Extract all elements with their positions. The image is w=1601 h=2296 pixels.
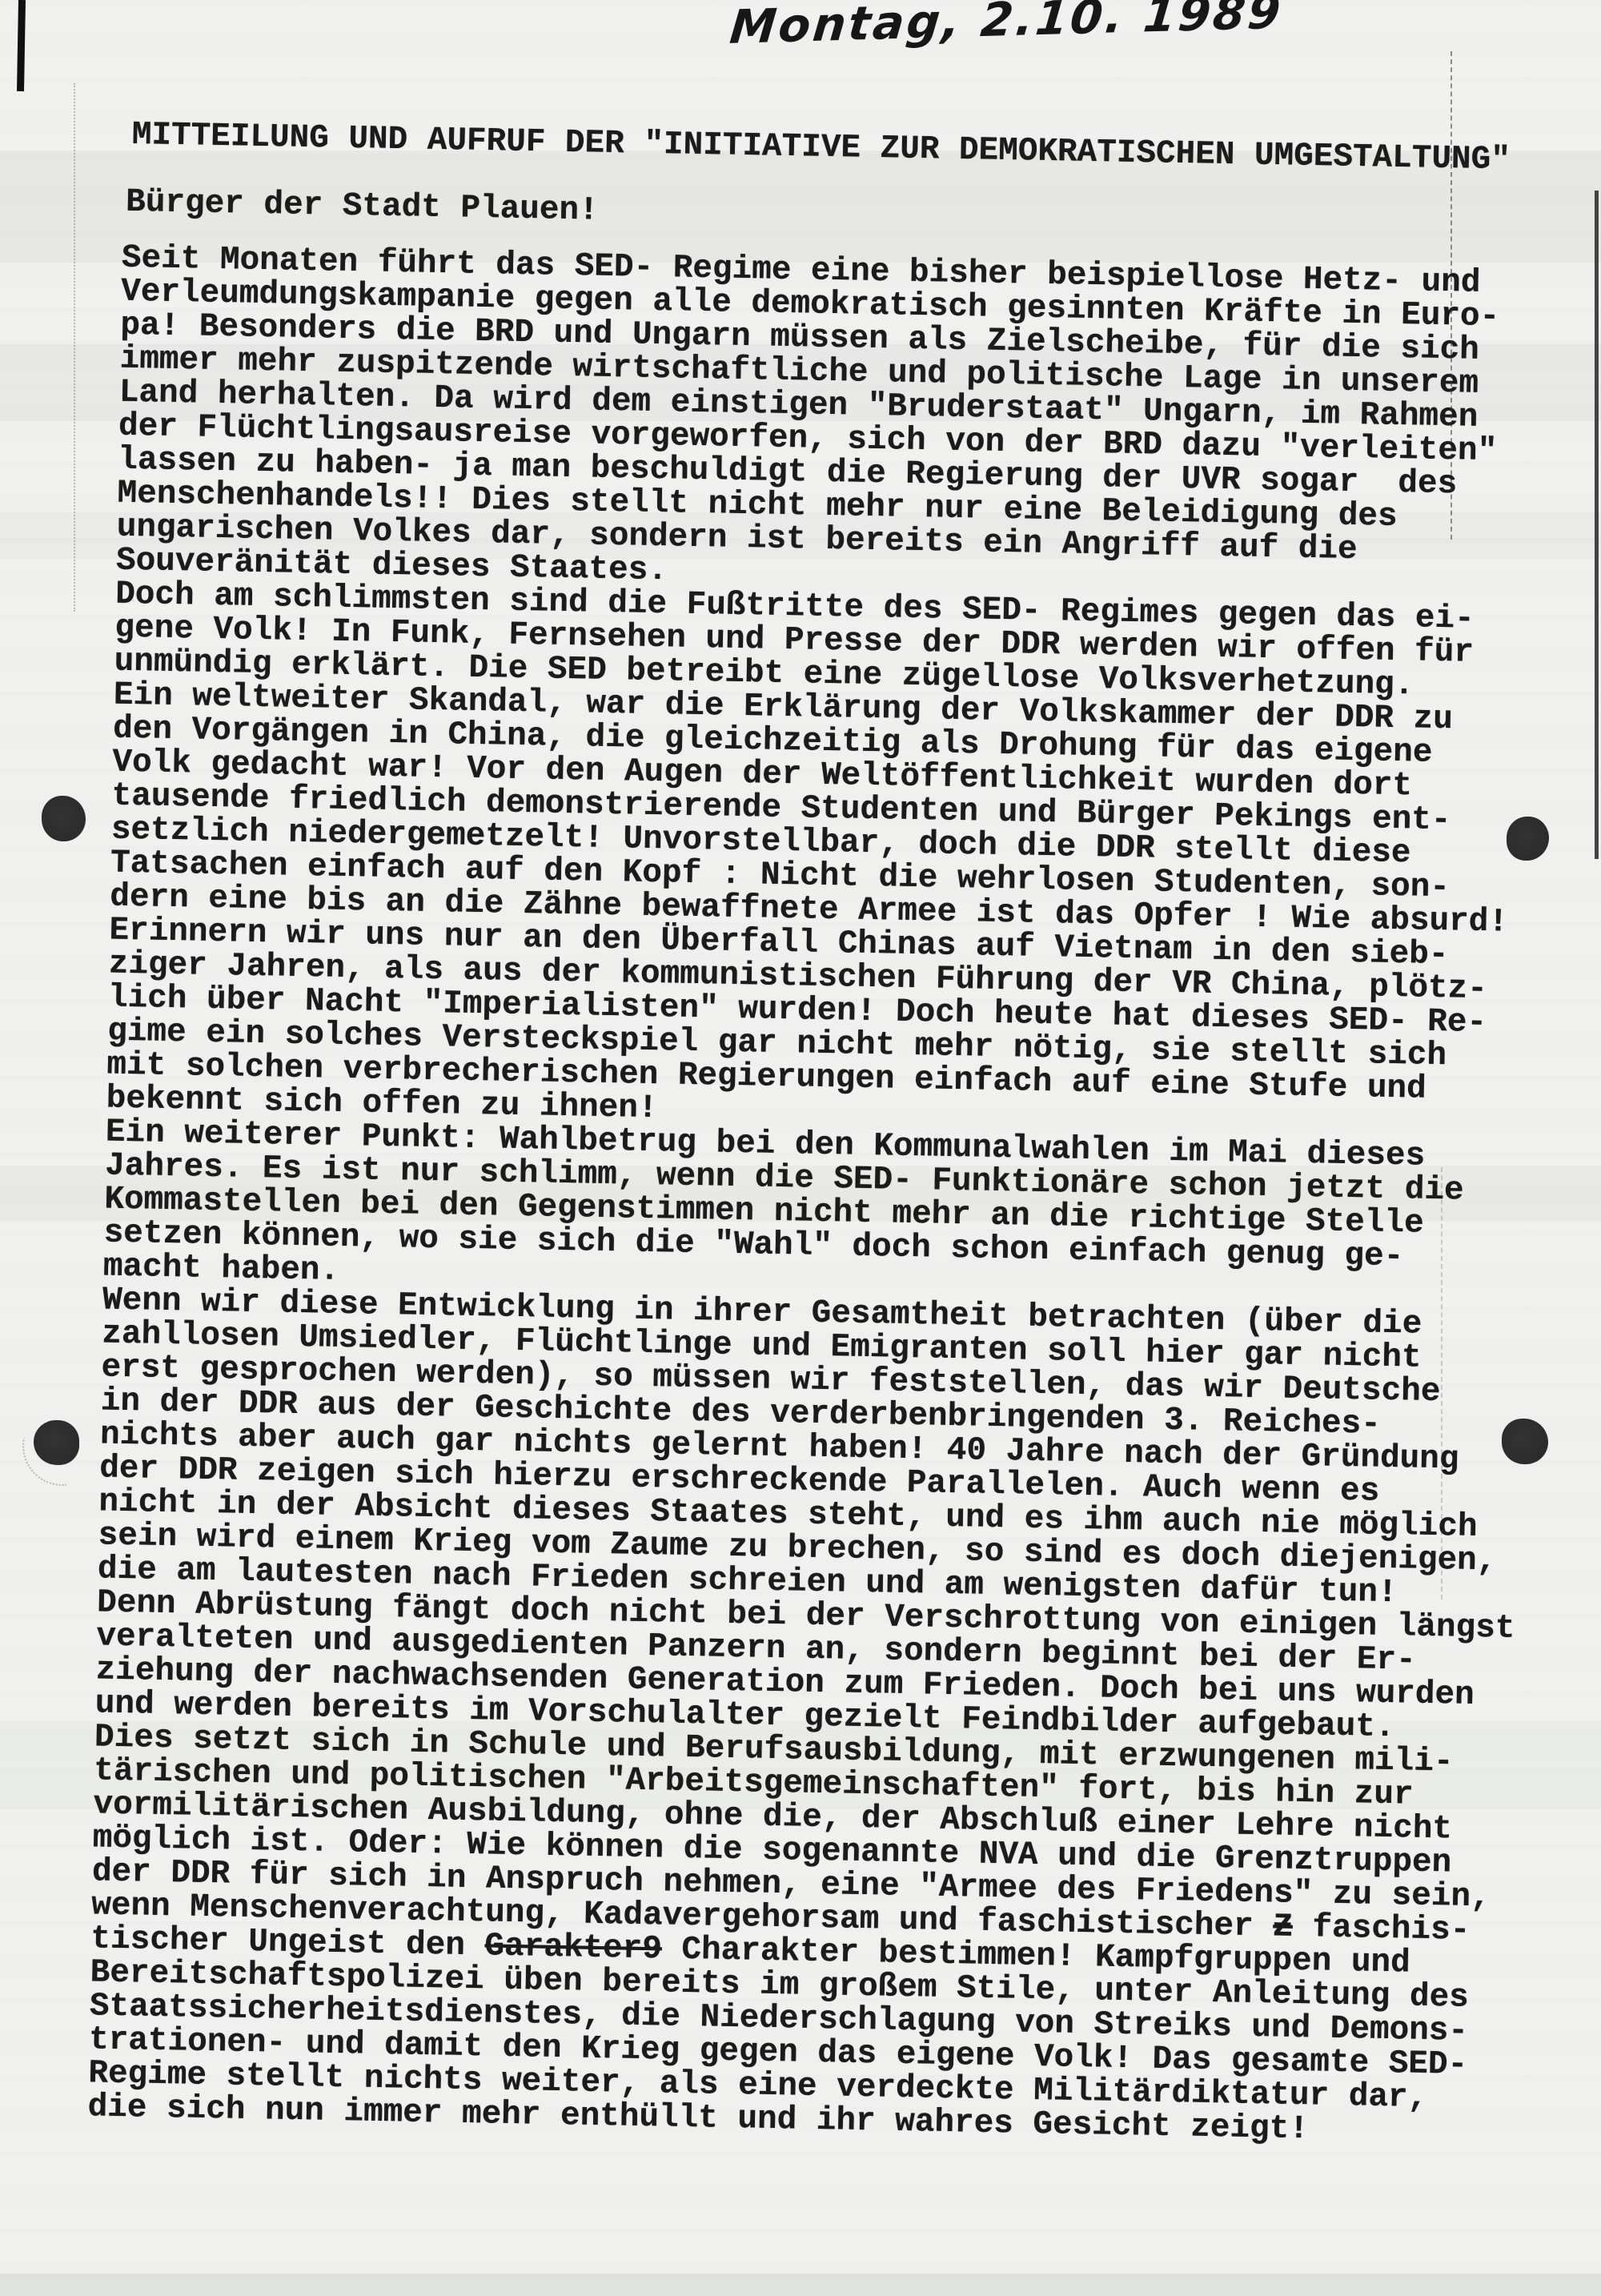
document-body: Seit Monaten führt das SED- Regime eine …: [87, 242, 1563, 2151]
punch-hole-dot: [34, 1420, 79, 1465]
document-title: MITTEILUNG UND AUFRUF DER "INITIATIVE ZU…: [131, 107, 1565, 179]
scanned-document-page: { "colors": { "paper": "#f1f2ef", "ink":…: [0, 0, 1601, 2296]
punch-hole-dot: [1502, 1419, 1548, 1464]
document-text-block: MITTEILUNG UND AUFRUF DER "INITIATIVE ZU…: [87, 107, 1565, 2167]
scan-edge-artifact: [1595, 191, 1599, 859]
salutation: Bürger der Stadt Plauen!: [126, 186, 1563, 246]
handwritten-date: Montag, 2.10. 1989: [728, 0, 1181, 54]
punch-hole-dot: [42, 796, 86, 841]
fold-crease-line: [74, 83, 75, 612]
scan-edge-artifact: [17, 0, 26, 91]
scan-streak: [0, 2274, 1601, 2296]
